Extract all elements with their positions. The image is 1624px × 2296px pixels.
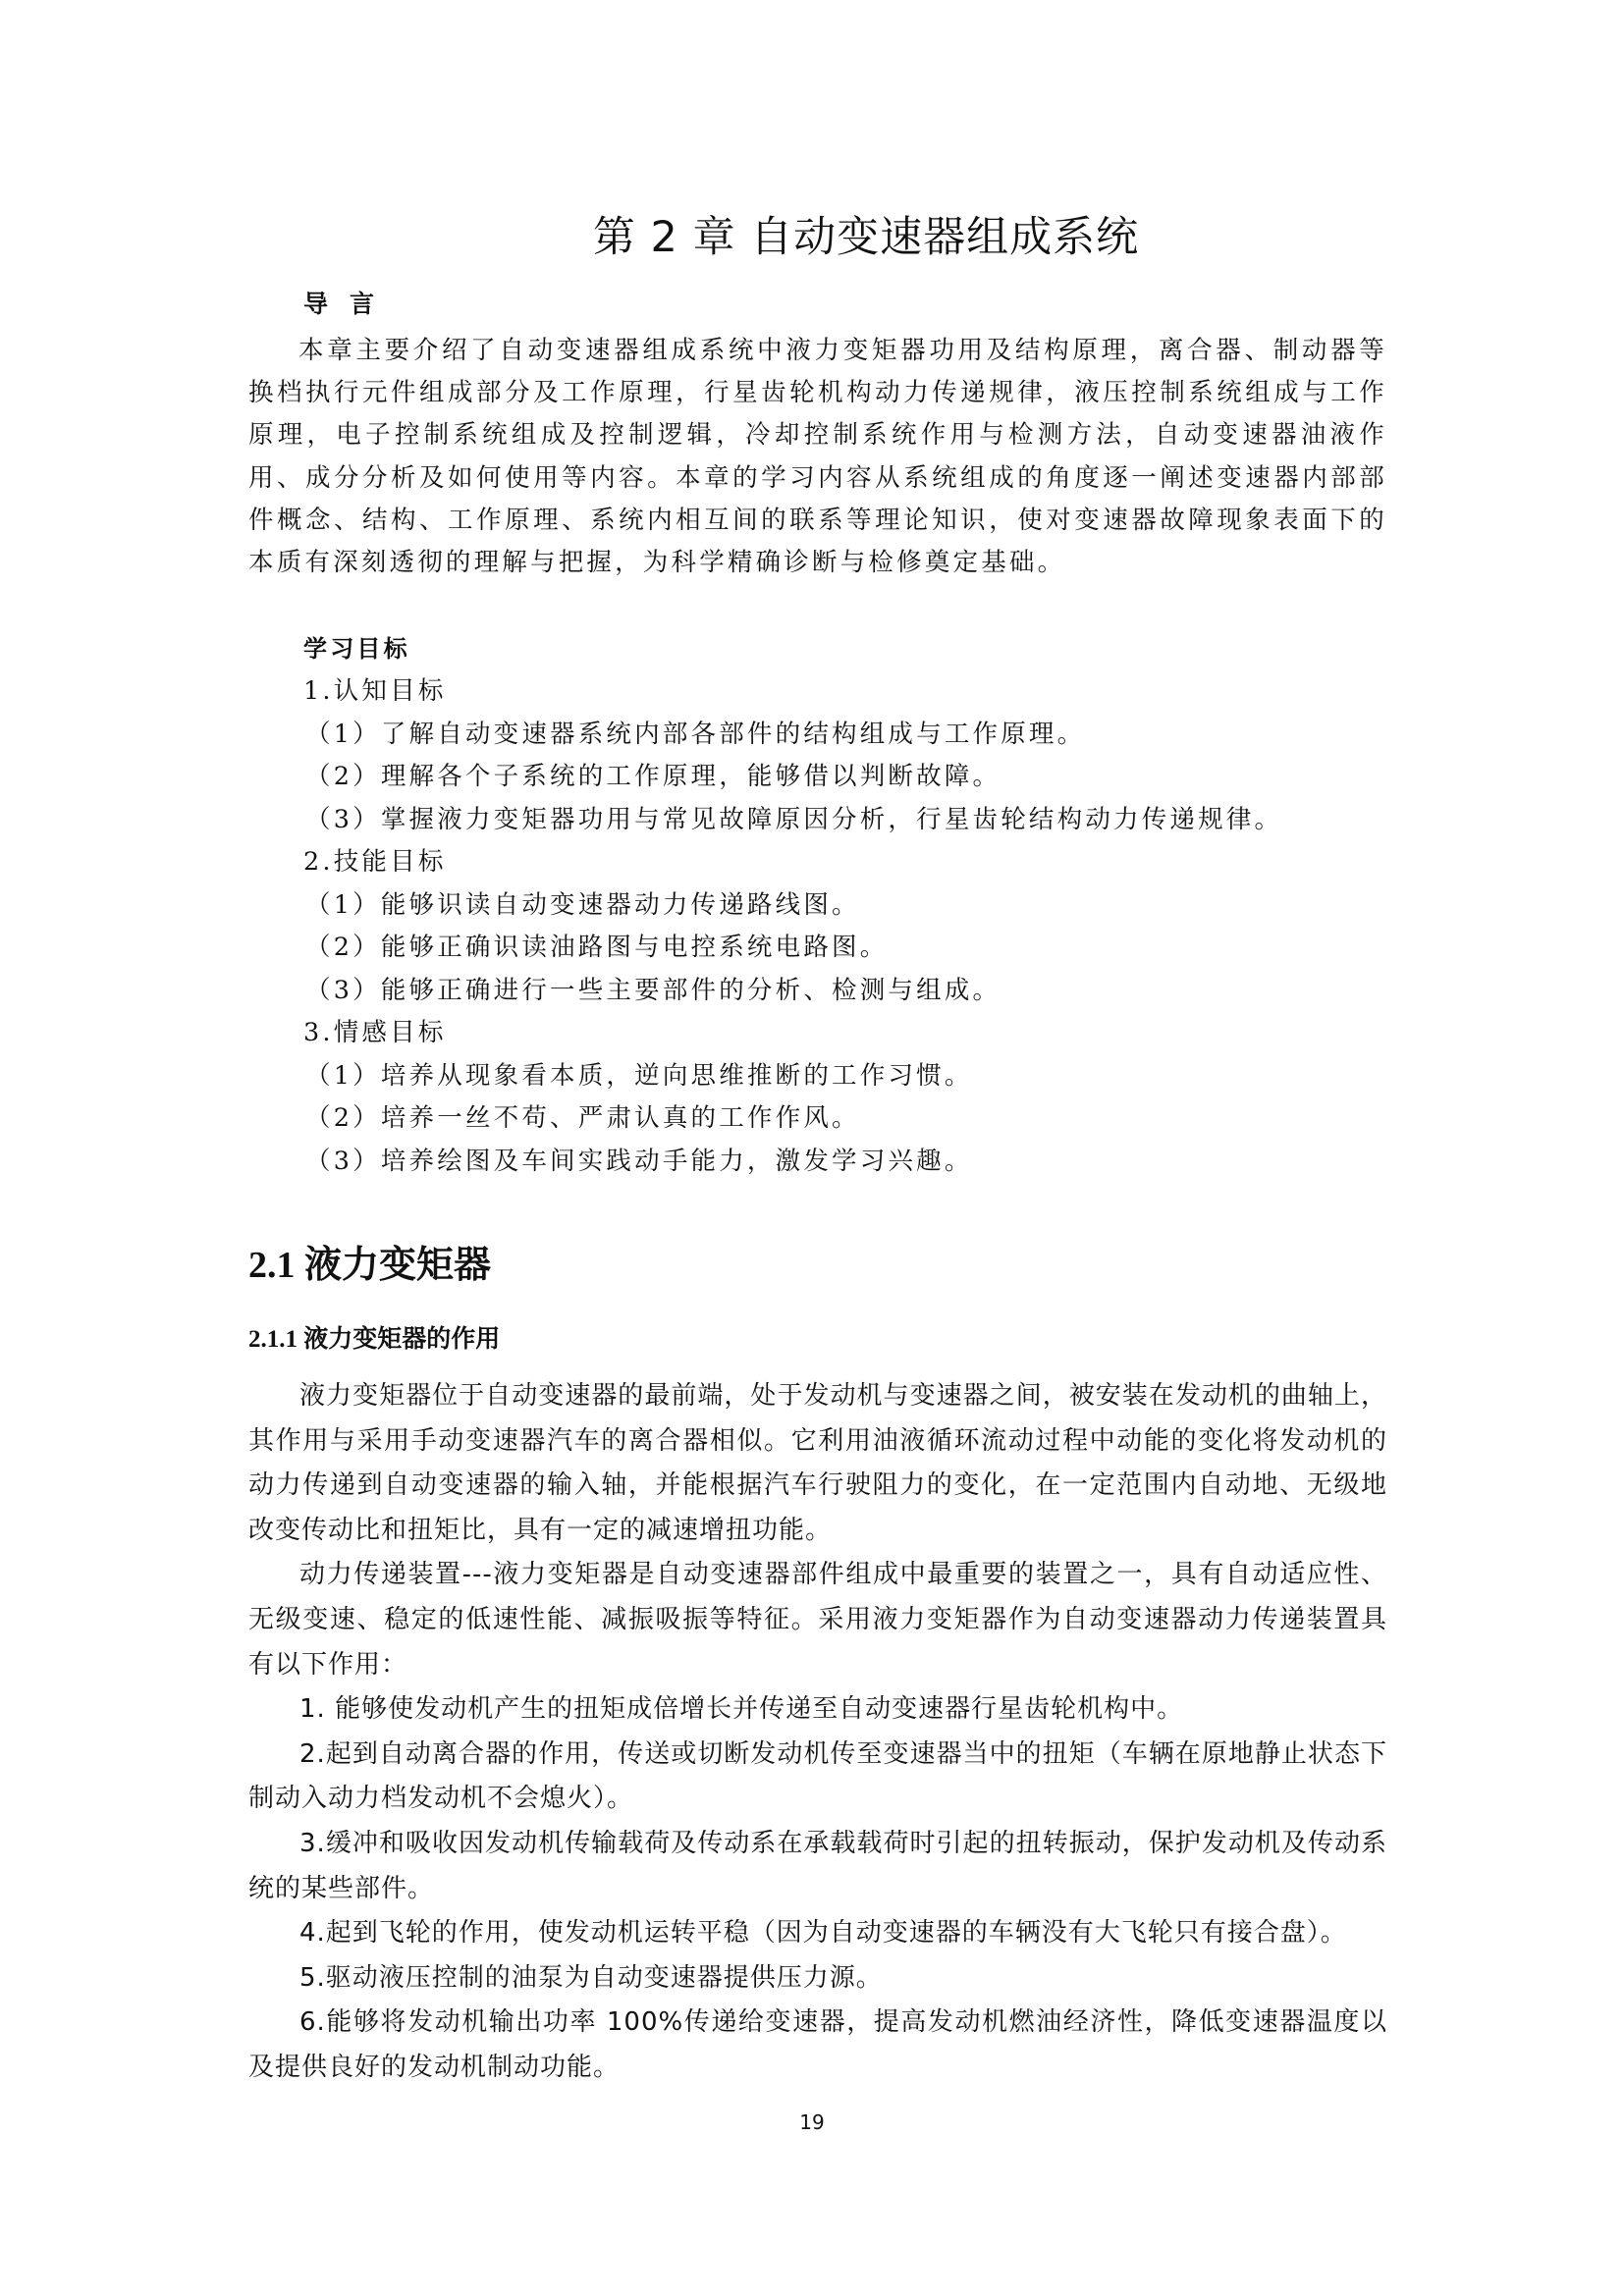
chapter-title: 第 2 章 自动变速器组成系统 — [0, 208, 1624, 267]
body-paragraph: 5.驱动液压控制的油泵为自动变速器提供压力源。 — [248, 1956, 1387, 2002]
learning-objectives: 学习目标 1.认知目标 （1）了解自动变速器系统内部各部件的结构组成与工作原理。… — [303, 628, 1383, 1183]
objective-group-title: 1.认知目标 — [303, 670, 1383, 714]
intro-paragraph: 本章主要介绍了自动变速器组成系统中液力变矩器功用及结构原理，离合器、制动器等换档… — [248, 330, 1387, 584]
objective-group-title: 2.技能目标 — [303, 841, 1383, 884]
body-paragraph: 液力变矩器位于自动变速器的最前端，处于发动机与变速器之间，被安装在发动机的曲轴上… — [248, 1374, 1387, 1553]
objective-group-title: 3.情感目标 — [303, 1012, 1383, 1055]
subsection-title: 2.1.1 液力变矩器的作用 — [248, 1321, 500, 1359]
objectives-heading: 学习目标 — [303, 628, 1383, 669]
section-body: 液力变矩器位于自动变速器的最前端，处于发动机与变速器之间，被安装在发动机的曲轴上… — [248, 1374, 1387, 2091]
body-paragraph: 3.缓冲和吸收因发动机传输载荷及传动系在承载载荷时引起的扭转振动，保护发动机及传… — [248, 1822, 1387, 1911]
section-title: 2.1 液力变矩器 — [248, 1239, 491, 1292]
objective-item: （1）能够识读自动变速器动力传递路线图。 — [303, 884, 1383, 928]
body-paragraph: 1. 能够使发动机产生的扭矩成倍增长并传递至自动变速器行星齿轮机构中。 — [248, 1687, 1387, 1733]
objective-item: （1）培养从现象看本质，逆向思维推断的工作习惯。 — [303, 1055, 1383, 1098]
objective-item: （2）理解各个子系统的工作原理，能够借以判断故障。 — [303, 756, 1383, 799]
body-paragraph: 6.能够将发动机输出功率 100%传递给变速器，提高发动机燃油经济性，降低变速器… — [248, 2001, 1387, 2090]
body-paragraph: 动力传递装置---液力变矩器是自动变速器部件组成中最重要的装置之一，具有自动适应… — [248, 1553, 1387, 1687]
objective-item: （1）了解自动变速器系统内部各部件的结构组成与工作原理。 — [303, 714, 1383, 757]
intro-heading: 导言 — [303, 287, 396, 322]
objective-item: （3）能够正确进行一些主要部件的分析、检测与组成。 — [303, 970, 1383, 1013]
objective-item: （3）培养绘图及车间实践动手能力，激发学习兴趣。 — [303, 1141, 1383, 1184]
objective-item: （2）能够正确识读油路图与电控系统电路图。 — [303, 927, 1383, 970]
page-number: 19 — [0, 2110, 1624, 2134]
objective-item: （3）掌握液力变矩器功用与常见故障原因分析，行星齿轮结构动力传递规律。 — [303, 799, 1383, 842]
document-page: 第 2 章 自动变速器组成系统 导言 本章主要介绍了自动变速器组成系统中液力变矩… — [0, 0, 1624, 2296]
body-paragraph: 4.起到飞轮的作用，使发动机运转平稳（因为自动变速器的车辆没有大飞轮只有接合盘）… — [248, 1911, 1387, 1956]
body-paragraph: 2.起到自动离合器的作用，传送或切断发动机传至变速器当中的扭矩（车辆在原地静止状… — [248, 1733, 1387, 1822]
objective-item: （2）培养一丝不苟、严肃认真的工作作风。 — [303, 1097, 1383, 1141]
